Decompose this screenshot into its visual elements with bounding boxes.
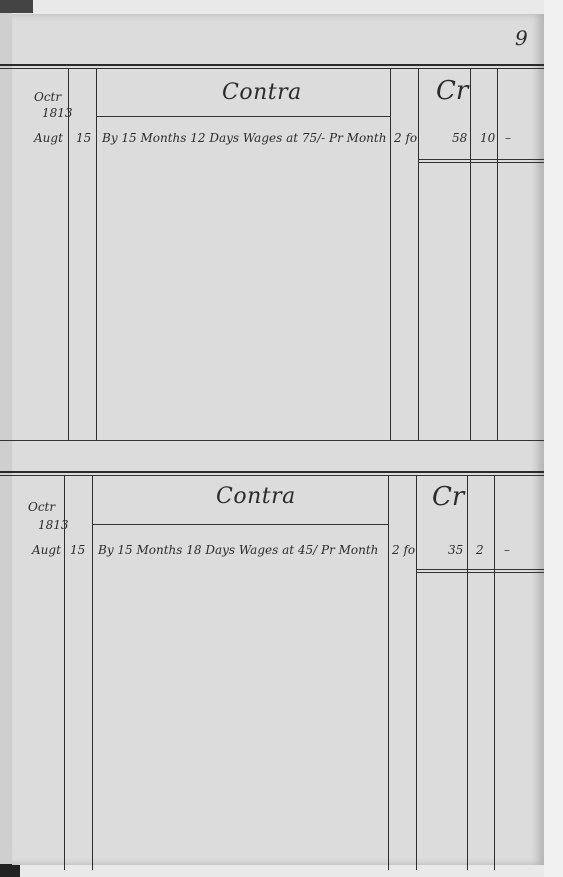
header-underline — [96, 116, 390, 117]
shillings-column-rule — [497, 68, 498, 440]
year-header: 1813 — [38, 518, 69, 532]
entry-description: By 15 Months 12 Days Wages at 75/- Pr Mo… — [102, 131, 386, 145]
day-column-rule — [92, 475, 93, 870]
entry-pounds: 35 — [448, 543, 463, 557]
entry-folio: 2 fo — [394, 131, 417, 145]
pounds-column-rule — [470, 68, 471, 440]
scan-corner-shadow-bottom — [0, 864, 20, 877]
total-rule — [416, 569, 544, 570]
description-column-rule — [390, 68, 391, 440]
entry-month: Augt — [32, 543, 61, 557]
description-column-rule — [388, 475, 389, 870]
scan-corner-shadow — [0, 0, 33, 13]
header-underline — [92, 524, 388, 525]
year-header: 1813 — [42, 106, 73, 120]
pounds-column-rule — [467, 475, 468, 870]
entry-pence: – — [504, 543, 510, 557]
top-rule — [0, 471, 544, 473]
credit-label: Cr — [432, 482, 464, 512]
entry-folio: 2 fo — [392, 543, 415, 557]
total-rule-inner — [418, 162, 544, 163]
section-title: Contra — [216, 484, 296, 509]
top-rule — [0, 64, 544, 66]
entry-pence: – — [505, 131, 511, 145]
folio-column-rule — [416, 475, 417, 870]
entry-description: By 15 Months 18 Days Wages at 45/ Pr Mon… — [98, 543, 378, 557]
section-title: Contra — [222, 80, 302, 105]
credit-label: Cr — [436, 76, 468, 106]
date-column-rule — [64, 475, 65, 870]
top-rule-inner — [0, 475, 544, 476]
month-header: Octr — [28, 500, 55, 514]
entry-shillings: 2 — [476, 543, 484, 557]
month-header: Octr — [34, 90, 61, 104]
folio-column-rule — [418, 68, 419, 440]
entry-pounds: 58 — [452, 131, 467, 145]
total-rule-inner — [416, 572, 544, 573]
entry-day: 15 — [70, 543, 85, 557]
date-column-rule — [68, 68, 69, 440]
page-number: 9 — [515, 26, 528, 50]
scan-margin-right — [544, 0, 563, 877]
top-rule-inner — [0, 68, 544, 69]
book-binding-edge — [0, 0, 12, 877]
entry-month: Augt — [34, 131, 63, 145]
entry-day: 15 — [76, 131, 91, 145]
section-bottom-rule — [0, 440, 544, 441]
entry-shillings: 10 — [480, 131, 495, 145]
shillings-column-rule — [494, 475, 495, 870]
total-rule — [418, 159, 544, 160]
day-column-rule — [96, 68, 97, 440]
